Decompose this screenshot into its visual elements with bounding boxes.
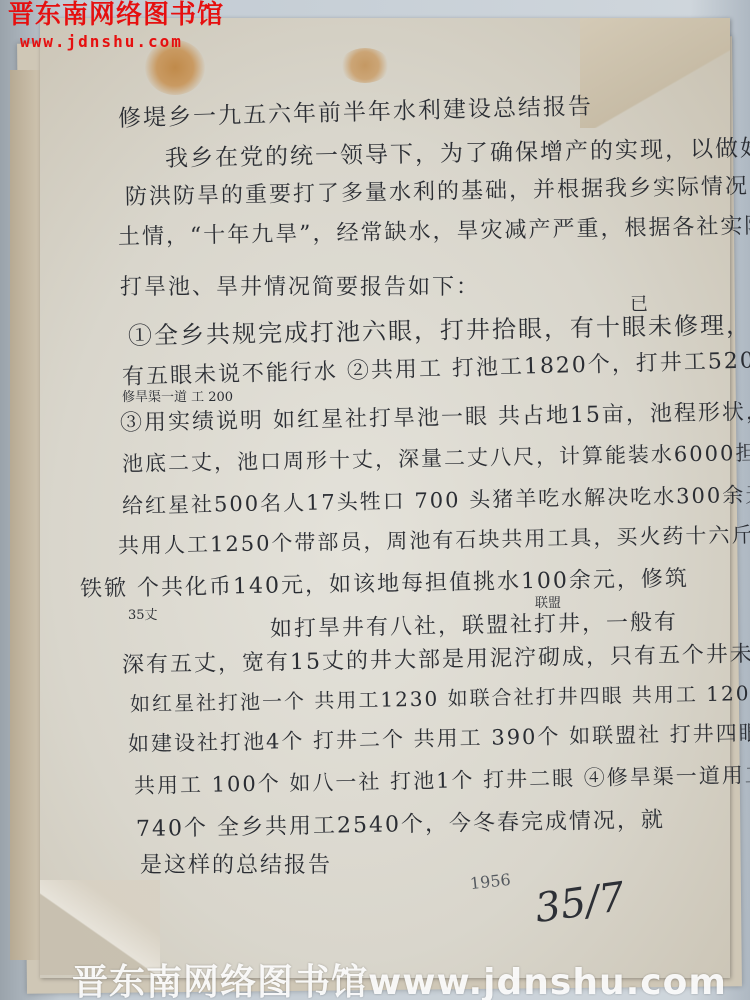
year-note: 1956 — [469, 870, 511, 893]
watermark-top: 晋东南网络图书馆 www.jdnshu.com — [8, 2, 224, 50]
body-line: 打旱池、旱井情况简要报告如下： — [120, 270, 480, 301]
body-line: 如打旱井有八社，联盟社打井，一般有 — [270, 605, 678, 643]
insert-note: 35丈 — [128, 604, 158, 623]
body-line: ①全乡共规完成打池六眼，打井拾眼，有十眼未修理， — [128, 305, 750, 351]
body-line: 给红星社500名人17头牲口 700 头猪羊吃水解决吃水300余天，工程用工 — [122, 477, 750, 520]
watermark-bottom: 晋东南网络图书馆www.jdnshu.com — [72, 954, 727, 1000]
watermark-site-name: 晋东南网络图书馆 — [8, 2, 224, 28]
insert-note: 已 — [630, 290, 648, 316]
body-line: 是这样的总结报告 — [140, 848, 332, 879]
document-title: 修堤乡一九五六年前半年水利建设总结报告 — [118, 88, 594, 133]
insert-note: 修旱渠一道 工 200 — [122, 386, 233, 405]
watermark-url: www.jdnshu.com — [20, 34, 224, 50]
body-line: 深有五丈，宽有15丈的井大部是用泥泞砌成，只有五个井未成。 — [122, 636, 750, 679]
handwritten-text: 修堤乡一九五六年前半年水利建设总结报告 我乡在党的统一领导下，为了确保增产的实现… — [0, 0, 750, 1000]
body-line: 共用工 100个 如八一社 打池1个 打井二眼 ④修旱渠一道用工 — [134, 759, 750, 800]
body-line: 如建设社打池4个 打井二个 共用工 390个 如联盟社 打井四眼 — [128, 717, 750, 758]
body-line: 池底二丈，池口周形十丈，深量二丈八尺，计算能装水6000担，能用供 — [122, 435, 750, 478]
body-line: 土情，“十年九旱”，经常缺水，旱灾减产严重，根据各社实际完成的 — [118, 207, 750, 251]
body-line: 铁锨 个共化币140元，如该地每担值挑水100余元，修筑 — [80, 561, 689, 603]
body-line: 共用人工1250个带部员，周池有石块共用工具，买火药十六斤，买钢钎六个 — [118, 516, 750, 560]
body-line: 如红星社打池一个 共用工1230 如联合社打井四眼 共用工 120个 — [130, 677, 750, 717]
body-line: 740个 全乡共用工2540个，今冬春完成情况，就 — [136, 803, 665, 843]
body-line: 防洪防旱的重要打了多量水利的基础，并根据我乡实际情况，各社 — [125, 168, 750, 211]
signature-mark: 35/7 — [532, 874, 627, 932]
body-line: 有五眼未说不能行水 ②共用工 打池工1820个，打井工520个 — [122, 343, 750, 391]
body-line: 我乡在党的统一领导下，为了确保增产的实现，以做好 — [165, 130, 750, 173]
